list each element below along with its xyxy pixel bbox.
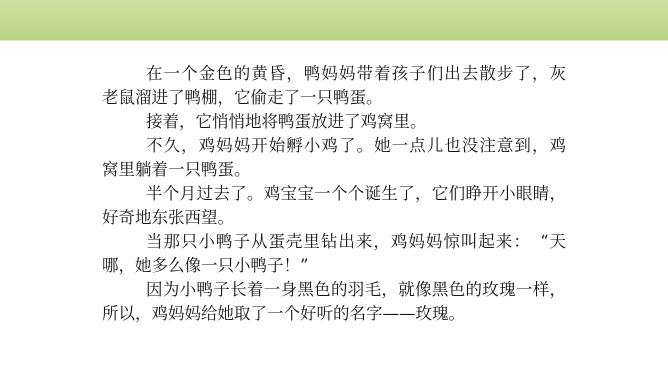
text-line: 所以，鸡妈妈给她取了一个好听的名字——玫瑰。 xyxy=(102,302,566,326)
text-line: 当那只小鸭子从蛋壳里钻出来，鸡妈妈惊叫起来： “天 xyxy=(102,230,566,254)
text-line: 老鼠溜进了鸭棚，它偷走了一只鸭蛋。 xyxy=(102,86,566,110)
presentation-slide: 在一个金色的黄昏，鸭妈妈带着孩子们出去散步了，灰 老鼠溜进了鸭棚，它偷走了一只鸭… xyxy=(0,0,668,376)
text-line: 不久，鸡妈妈开始孵小鸡了。她一点儿也没注意到，鸡 xyxy=(102,134,566,158)
header-accent-bar xyxy=(0,0,668,41)
text-line: 因为小鸭子长着一身黑色的羽毛，就像黑色的玫瑰一样， xyxy=(102,278,566,302)
text-line: 好奇地东张西望。 xyxy=(102,206,566,230)
text-line: 半个月过去了。鸡宝宝一个个诞生了，它们睁开小眼睛， xyxy=(102,182,566,206)
text-line: 窝里躺着一只鸭蛋。 xyxy=(102,158,566,182)
text-line: 接着，它悄悄地将鸭蛋放进了鸡窝里。 xyxy=(102,110,566,134)
text-line: 在一个金色的黄昏，鸭妈妈带着孩子们出去散步了，灰 xyxy=(102,62,566,86)
slide-text-block: 在一个金色的黄昏，鸭妈妈带着孩子们出去散步了，灰 老鼠溜进了鸭棚，它偷走了一只鸭… xyxy=(102,62,566,326)
text-line: 哪，她多么像一只小鸭子！” xyxy=(102,254,566,278)
